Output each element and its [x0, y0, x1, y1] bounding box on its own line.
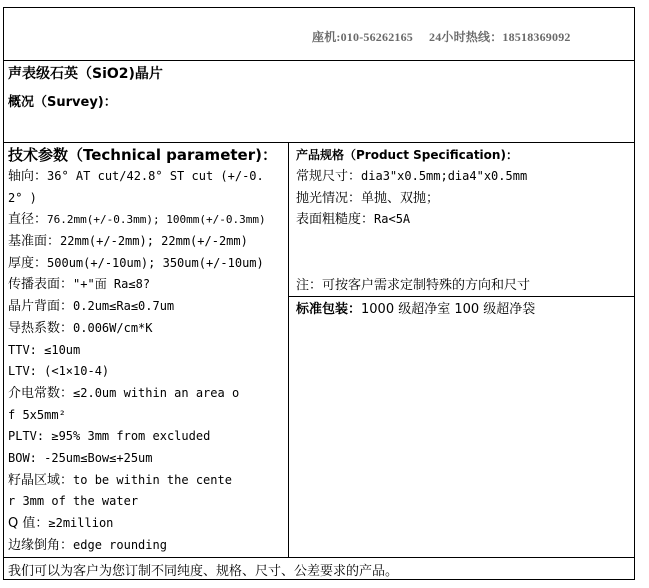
- divider-header: [3, 60, 635, 61]
- param-line: 2° ): [8, 188, 286, 210]
- product-specification: 产品规格（Product Specification)： 常规尺寸：dia3"x…: [296, 144, 632, 231]
- technical-heading: 技术参数（Technical parameter)：: [8, 144, 286, 166]
- param-line: 导热系数：0.006W/cm*K: [8, 318, 286, 340]
- divider-packing: [288, 296, 635, 297]
- param-line: PLTV: ≥95% 3mm from excluded: [8, 426, 286, 448]
- standard-packing: 标准包装：1000 级超净室 100 级超净袋: [296, 298, 535, 317]
- param-line: f 5x5mm²: [8, 405, 286, 427]
- divider-columns: [288, 142, 289, 557]
- param-line: 边缘倒角：edge rounding: [8, 535, 286, 557]
- packing-value: 1000 级超净室 100 级超净袋: [361, 302, 535, 317]
- param-line: 籽晶区域：to be within the cente: [8, 470, 286, 492]
- contact-info: 座机:010-5626216524小时热线：18518369092: [312, 28, 571, 45]
- hotline: 24小时热线：18518369092: [429, 30, 571, 44]
- technical-parameters: 技术参数（Technical parameter)： 轴向：36° AT cut…: [8, 144, 286, 556]
- divider-overview: [3, 142, 635, 143]
- param-line: 轴向：36° AT cut/42.8° ST cut (+/-0.: [8, 166, 286, 188]
- param-line: 基准面：22mm(+/-2mm); 22mm(+/-2mm): [8, 231, 286, 253]
- param-line: 传播表面："+"面 Ra≤8?: [8, 274, 286, 296]
- spec-line: 表面粗糙度：Ra<5A: [296, 209, 632, 231]
- param-line: LTV: (<1×10-4): [8, 361, 286, 383]
- divider-footer: [3, 557, 635, 558]
- packing-label: 标准包装：: [296, 302, 361, 317]
- landline: 座机:010-56262165: [312, 30, 413, 44]
- specification-heading: 产品规格（Product Specification)：: [296, 144, 632, 166]
- spec-line: 抛光情况：单抛、双抛；: [296, 188, 632, 210]
- param-line: 介电常数：≤2.0um within an area o: [8, 383, 286, 405]
- param-line: r 3mm of the water: [8, 491, 286, 513]
- custom-note: 注：可按客户需求定制特殊的方向和尺寸: [296, 274, 530, 293]
- survey-label: 概况（Survey)：: [8, 91, 117, 110]
- param-line: BOW: -25um≤Bow≤+25um: [8, 448, 286, 470]
- param-line: Q 值：≥2million: [8, 513, 286, 535]
- param-line: 厚度：500um(+/-10um); 350um(+/-10um): [8, 253, 286, 275]
- spec-line: 常规尺寸：dia3"x0.5mm;dia4"x0.5mm: [296, 166, 632, 188]
- product-title: 声表级石英（SiO2)晶片: [8, 63, 163, 83]
- param-line: TTV: ≤10um: [8, 340, 286, 362]
- footer-note: 我们可以为客户为您订制不同纯度、规格、尺寸、公差要求的产品。: [8, 560, 398, 579]
- param-line: 直径：76.2mm(+/-0.3mm); 100mm(+/-0.3mm): [8, 209, 286, 231]
- param-line: 晶片背面：0.2um≤Ra≤0.7um: [8, 296, 286, 318]
